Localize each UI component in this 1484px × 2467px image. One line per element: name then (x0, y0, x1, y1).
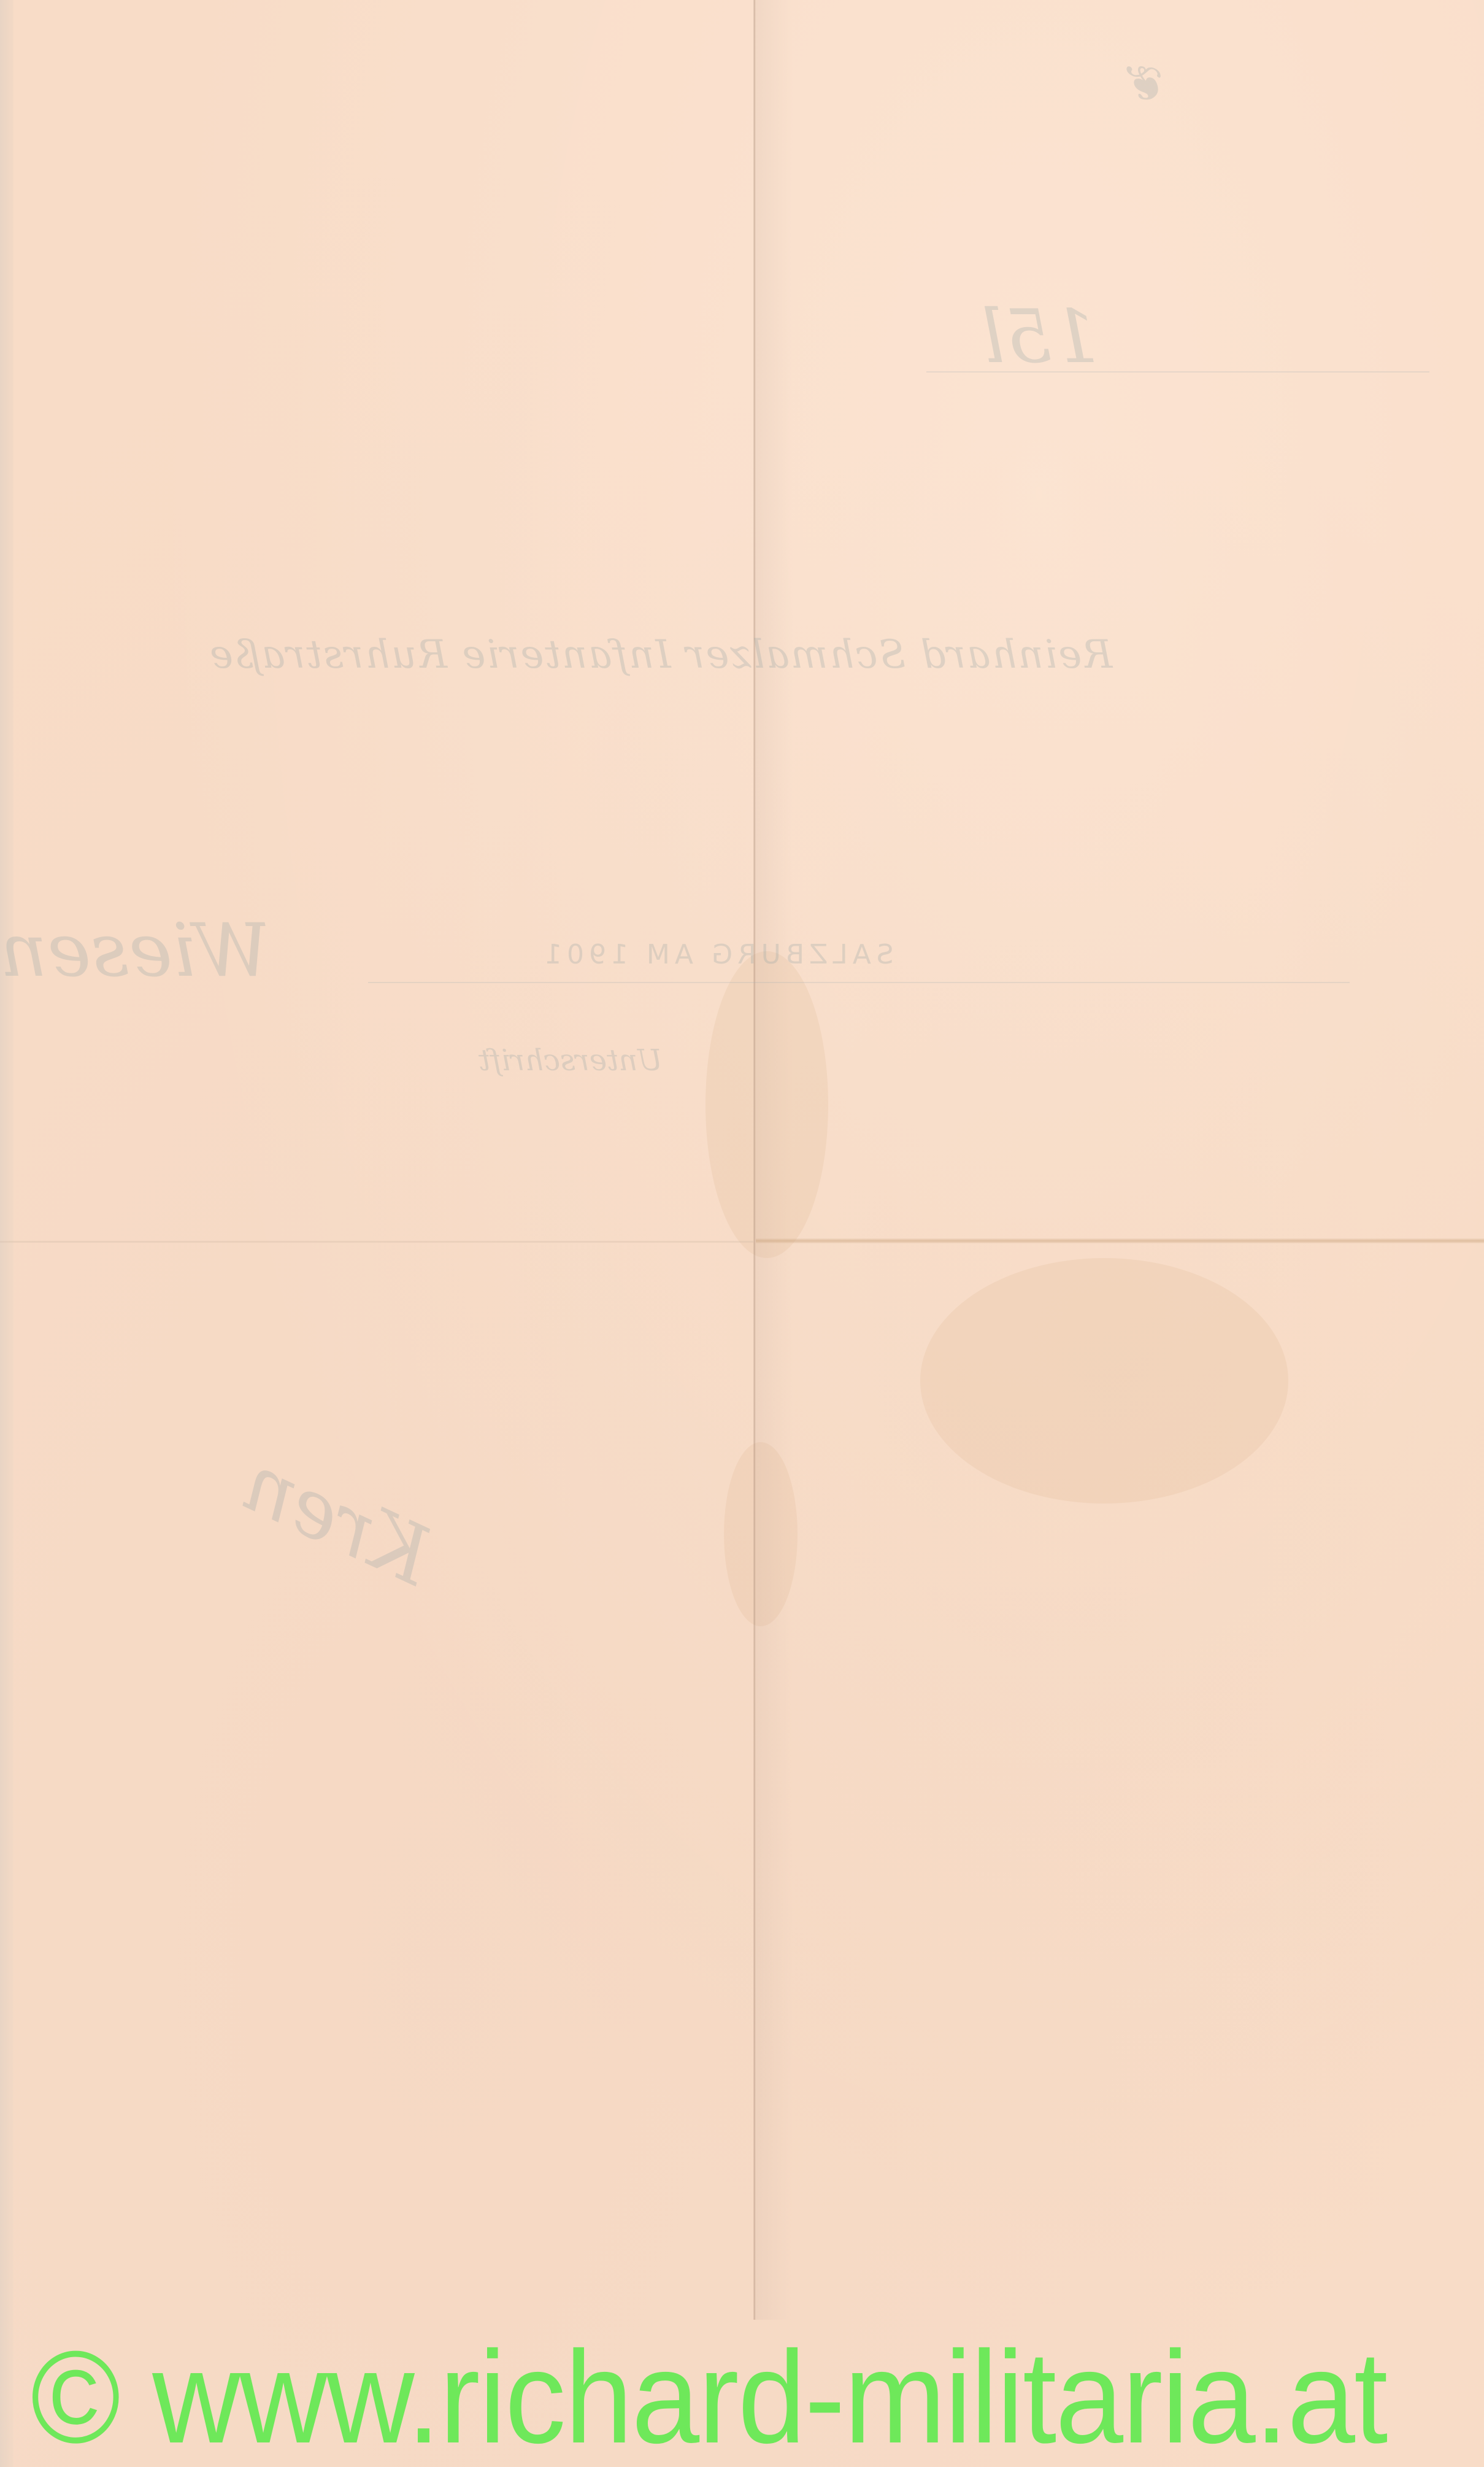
bleed-through-handwriting: Unterschrift (479, 1043, 663, 1078)
bleed-through-number: 15l (982, 295, 1099, 380)
bleed-through-rule (926, 371, 1429, 373)
bleed-through-emblem: ❦ (1129, 55, 1170, 112)
paper-stain (920, 1258, 1288, 1504)
horizontal-fold-line-left (0, 1241, 753, 1243)
horizontal-fold-line (756, 1238, 1484, 1243)
bleed-through-handwriting: Reinhard Schmalzer Infanterie Ruhrstraße (209, 632, 1112, 678)
bleed-through-print: SALZBURG AM 1901 (540, 939, 894, 970)
fold-shadow (756, 0, 793, 2320)
scan-edge (0, 0, 13, 2467)
copyright-watermark: © www.richard-militaria.at (31, 2332, 1387, 2463)
bleed-through-handwriting: Wiesen (0, 908, 271, 994)
bleed-through-rule (368, 982, 1350, 983)
